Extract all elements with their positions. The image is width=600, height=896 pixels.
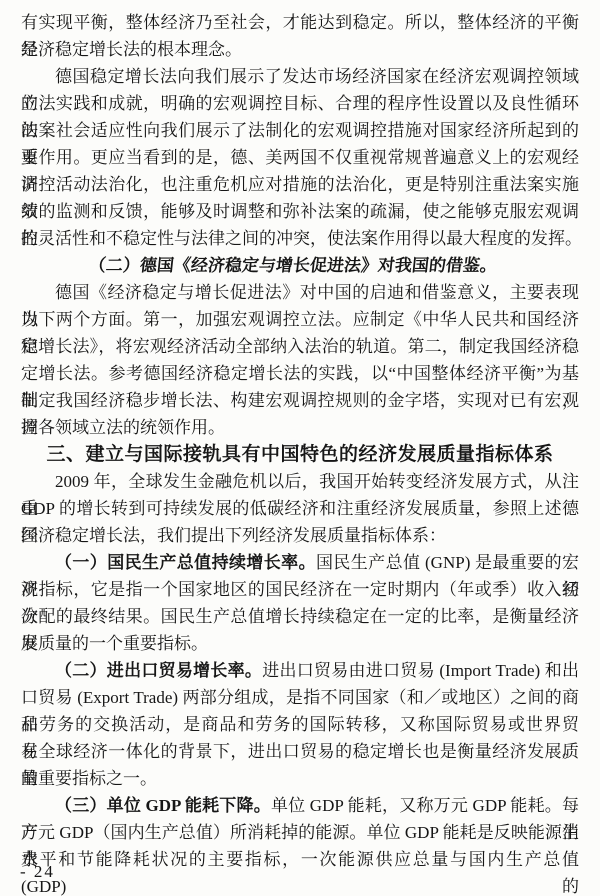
text-line: 经济稳定增长法，我们提出下列经济发展质量指标体系： (21, 522, 579, 549)
text-line: 调控活动法治化，也注重危机应对措施的法治化，更是特别注重法案实施绩 (21, 171, 579, 198)
text-line: 有实现平衡，整体经济乃至社会，才能达到稳定。所以，整体经济的平衡是 (21, 9, 579, 36)
text-line: （一）国民生产总值持续增长率。国民生产总值 (GNP) 是最重要的宏观经 (21, 549, 579, 576)
document-text: 有实现平衡，整体经济乃至社会，才能达到稳定。所以，整体经济的平衡是经济稳定增长法… (21, 9, 579, 873)
text-line: 分配的最终结果。国民生产总值增长持续稳定在一定的比率，是衡量经济发 (21, 603, 579, 630)
line-text: 水平和节能降耗状况的主要指标，一次能源供应总量与国内生产总值 (GDP) 的 (21, 850, 579, 896)
line-text: 进出口贸易由进口贸易 (Import Trade) 和出 (262, 661, 579, 680)
subsection-heading: （二）德国《经济稳定与增长促进法》对我国的借鉴。 (21, 252, 579, 279)
item-heading: （三）单位 GDP 能耗下降。 (55, 796, 271, 815)
text-line: 和劳务的交换活动，是商品和劳务的国际转移，又称国际贸易或世界贸易。 (21, 711, 579, 738)
section-heading: 三、建立与国际接轨具有中国特色的经济发展质量指标体系 (21, 441, 579, 468)
text-line: 水平和节能降耗状况的主要指标，一次能源供应总量与国内生产总值 (GDP) 的 (21, 846, 579, 873)
line-text: 定增长法》，将宏观经济活动全部纳入法治的轨道。第二，制定我国经济稳 (21, 337, 579, 356)
text-line: （二）进出口贸易增长率。进出口贸易由进口贸易 (Import Trade) 和出 (21, 657, 579, 684)
line-text: 经济稳定增长法的根本理念。 (21, 40, 242, 59)
page-number: - 24 (20, 862, 55, 882)
text-line: 德国稳定增长法向我们展示了发达市场经济国家在经济宏观调控领域的 (21, 63, 579, 90)
text-line: （三）单位 GDP 能耗下降。单位 GDP 能耗，又称万元 GDP 能耗。每产生 (21, 792, 579, 819)
line-text: （二）德国《经济稳定与增长促进法》对我国的借鉴。 (54, 252, 499, 279)
text-line: 的灵活性和不稳定性与法律之间的冲突，使法案作用得以最大程度的发挥。 (21, 225, 579, 252)
text-line: 定增长法》，将宏观经济活动全部纳入法治的轨道。第二，制定我国经济稳 (21, 333, 579, 360)
text-line: 法案社会适应性向我们展示了法制化的宏观调控措施对国家经济所起到的重 (21, 117, 579, 144)
text-line: 口贸易 (Export Trade) 两部分组成，是指不同国家（和／或地区）之间… (21, 684, 579, 711)
text-line: 展质量的一个重要指标。 (21, 630, 579, 657)
text-line: 经济稳定增长法的根本理念。 (21, 36, 579, 63)
text-line: 以下两个方面。第一，加强宏观调控立法。应制定《中华人民共和国经济稳 (21, 306, 579, 333)
line-text: 的重要指标之一。 (21, 769, 157, 788)
text-line: 制定我国经济稳步增长法、构建宏观调控规则的金字塔，实现对已有宏观调 (21, 387, 579, 414)
item-heading: （一）国民生产总值持续增长率。 (55, 553, 316, 572)
text-line: 的重要指标之一。 (21, 765, 579, 792)
line-text: 控各领域立法的统领作用。 (21, 418, 225, 437)
item-heading: （二）进出口贸易增长率。 (55, 661, 262, 680)
text-line: GDP 的增长转到可持续发展的低碳经济和注重经济发展质量，参照上述德国 (21, 495, 579, 522)
line-text: 三、建立与国际接轨具有中国特色的经济发展质量指标体系 (46, 444, 553, 465)
text-line: 万元 GDP（国内生产总值）所消耗掉的能源。单位 GDP 能耗是反映能源消费 (21, 819, 579, 846)
text-line: 德国《经济稳定与增长促进法》对中国的启迪和借鉴意义，主要表现为 (21, 279, 579, 306)
text-line: 在全球经济一体化的背景下，进出口贸易的稳定增长也是衡量经济发展质量 (21, 738, 579, 765)
text-line: 定增长法。参考德国经济稳定增长法的实践，以“中国整体经济平衡”为基础， (21, 360, 579, 387)
text-line: 济指标，它是指一个国家地区的国民经济在一定时期内（年或季）收入初次 (21, 576, 579, 603)
line-text: 经济稳定增长法，我们提出下列经济发展质量指标体系： (21, 526, 446, 545)
line-text: 的灵活性和不稳定性与法律之间的冲突，使法案作用得以最大程度的发挥。 (21, 229, 582, 248)
scanned-book-page: 有实现平衡，整体经济乃至社会，才能达到稳定。所以，整体经济的平衡是经济稳定增长法… (0, 0, 600, 896)
text-line: 要作用。更应当看到的是，德、美两国不仅重视常规普遍意义上的宏观经济 (21, 144, 579, 171)
text-line: 效的监测和反馈，能够及时调整和弥补法案的疏漏，使之能够克服宏观调控 (21, 198, 579, 225)
text-line: 控各领域立法的统领作用。 (21, 414, 579, 441)
line-text: 展质量的一个重要指标。 (21, 634, 208, 653)
text-line: 立法实践和成就，明确的宏观调控目标、合理的程序性设置以及良性循环的 (21, 90, 579, 117)
text-line: 2009 年，全球发生金融危机以后，我国开始转变经济发展方式，从注重 (21, 468, 579, 495)
